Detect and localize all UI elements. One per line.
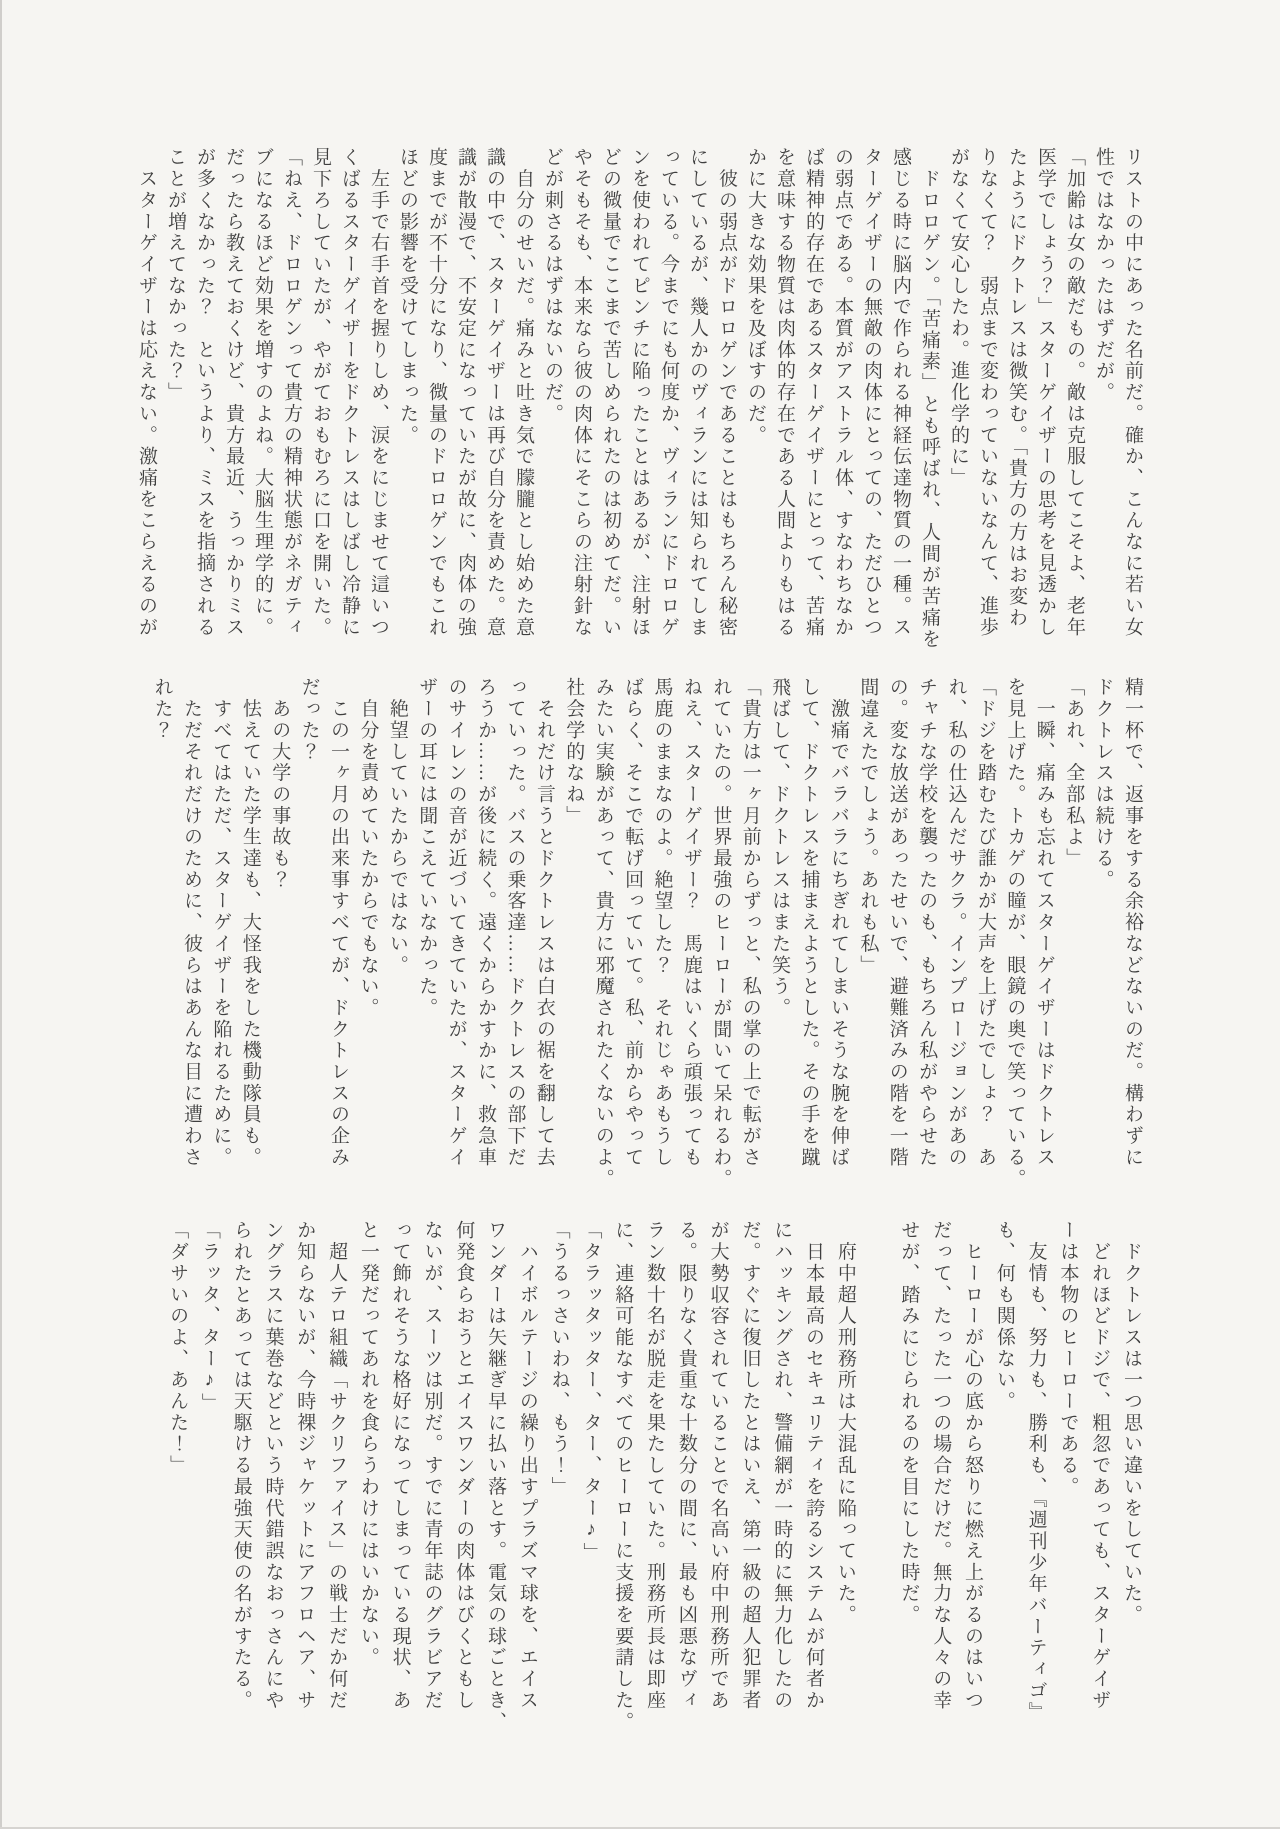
text-column: だったら教えておくけど、貴方最近、うっかりミス [219,147,248,647]
text-column: この一ヶ月の出来事すべてが、ドクトレスの企み [324,677,353,1177]
text-column: 府中超人刑務所は大混乱に陥っていた。 [829,1220,861,1720]
text-block-middle: 精一杯で、返事をする余裕などないのだ。構わずにドクトレスは続ける。「あれ、全部私… [147,677,1147,1177]
text-column: ワンダーは矢継ぎ早に払い落とす。電気の球ごとき、 [479,1220,511,1720]
text-column: ハイボルテージの繰り出すプラズマ球を、エイス [511,1220,543,1720]
text-column: っている。今までにも何度か、ヴィランにドロロゲ [654,147,683,647]
text-column: せが、踏みにじられるのを目にした時だ。 [893,1220,925,1720]
text-column: られたとあっては天駆ける最強天使の名がすたる。 [225,1220,257,1720]
text-column: りなくて？ 弱点まで変わっていないなんて、進歩 [973,147,1002,647]
text-column: それだけ言うとドクトレスは白衣の裾を翻して去 [529,677,558,1177]
text-column: 怯えていた学生達も、大怪我をした機動隊員も。 [235,677,264,1177]
text-column: の弱点である。本質がアストラル体、すなわちなか [828,147,857,647]
text-column: だった？ [294,677,323,1177]
text-column: みたい実験があって、貴方に邪魔されたくないのよ。 [588,677,617,1177]
text-column: ほどの影響を受けてしまった。 [393,147,422,647]
text-column: 識の中で、スターゲイザーは再び自分を責めた。意 [480,147,509,647]
text-column: 度までが不十分になり、微量のドロロゲンでもこれ [422,147,451,647]
text-column: を見上げた。トカゲの瞳が、眼鏡の奥で笑っている。 [1000,677,1029,1177]
text-column: 「貴方は一ヶ月前からずっと、私の掌の上で転がさ [735,677,764,1177]
text-column: がなくて安心したわ。進化学的に」 [944,147,973,647]
text-column: が大勢収容されていることで名高い府中刑務所であ [702,1220,734,1720]
text-column: 飛ばして、ドクトレスはまた笑う。 [765,677,794,1177]
text-column: くばるスターゲイザーをドクトレスはしばし冷静に [335,147,364,647]
text-column: ドクトレスは続ける。 [1088,677,1117,1177]
text-column: かに大きな効果を及ぼすのだ。 [741,147,770,647]
text-column: 超人テロ組織「サクリファイス」の戦士だか何だ [320,1220,352,1720]
text-column: あの大学の事故も？ [265,677,294,1177]
text-column [861,1220,893,1720]
text-column: 自分のせいだ。痛みと吐き気で朦朧とし始めた意 [509,147,538,647]
text-column: ば精神的存在であるスターゲイザーにとって、苦痛 [799,147,828,647]
text-column: と一発だってあれを食らうわけにはいかない。 [352,1220,384,1720]
text-column: 感じる時に脳内で作られる神経伝達物質の一種。ス [886,147,915,647]
text-column: ばらく、そこで転げ回っていて。私、前からやって [618,677,647,1177]
text-column: れた？ [147,677,176,1177]
text-column: が多くなかった？ というより、ミスを指摘される [190,147,219,647]
text-column: ねえ、スターゲイザー？ 馬鹿はいくら頑張っても [677,677,706,1177]
text-column: 自分を責めていたからでもない。 [353,677,382,1177]
text-column: れ、私の仕込んだサクラ。インプロージョンがあの [941,677,970,1177]
text-column: にしているが、幾人かのヴィランには知られてしま [683,147,712,647]
text-column: して、ドクトレスを捕まえようとした。その手を蹴 [794,677,823,1177]
text-column: チャチな学校を襲ったのも、もちろん私がやらせた [912,677,941,1177]
text-column: 一瞬、痛みも忘れてスターゲイザーはドクトレス [1029,677,1058,1177]
text-column: ろうか……が後に続く。遠くからかすかに、救急車 [471,677,500,1177]
text-column: 「ラッタ、ター♪」 [193,1220,225,1720]
text-column: 「うるっさいわね、もう！」 [543,1220,575,1720]
text-column: っていった。バスの乗客達……ドクトレスの部下だ [500,677,529,1177]
text-column: 彼の弱点がドロロゲンであることはもちろん秘密 [712,147,741,647]
text-column: ことが増えてなかった？」 [161,147,190,647]
text-column: か知らないが、今時裸ジャケットにアフロヘア、サ [288,1220,320,1720]
text-column: のサイレンの音が近づいてきていたが、スターゲイ [441,677,470,1177]
text-column: どの微量でここまで苦しめられたのは初めてだ。い [596,147,625,647]
text-column: 「タラッタッター、ター、ター♪」 [575,1220,607,1720]
text-column: ンを使われてピンチに陥ったことはあるが、注射ほ [625,147,654,647]
scan-edge-left [0,0,2,1829]
text-column: を意味する物質は肉体的存在である人間よりもはる [770,147,799,647]
text-column: ターゲイザーの無敵の肉体にとっての、ただひとつ [857,147,886,647]
text-column: 精一杯で、返事をする余裕などないのだ。構わずに [1118,677,1147,1177]
text-column: ブになるほど効果を増すのよね。大脳生理学的に。 [248,147,277,647]
text-column: すべてはただ、スターゲイザーを陥れるために。 [206,677,235,1177]
text-column: 医学でしょう？」スターゲイザーの思考を見透かし [1031,147,1060,647]
text-column: 「ドジを踏むたび誰かが大声を上げたでしょ？ あ [971,677,1000,1177]
text-column: 識が散漫で、不安定になっていたが故に、肉体の強 [451,147,480,647]
text-column: に、連絡可能なすべてのヒーローに支援を要請した。 [606,1220,638,1720]
text-column: って飾れそうな格好になってしまっている現状、あ [384,1220,416,1720]
text-column: 「加齢は女の敵だもの。敵は克服してこそよ、老年 [1060,147,1089,647]
text-block-bottom: ドクトレスは一つ思い違いをしていた。 どれほどドジで、粗忽であっても、スターゲイ… [161,1220,1147,1720]
text-column: れていたの。世界最強のヒーローが聞いて呆れるわ。 [706,677,735,1177]
text-column: ングラスに葉巻などという時代錯誤なおっさんにや [257,1220,289,1720]
text-column: ドクトレスは一つ思い違いをしていた。 [1115,1220,1147,1720]
text-column: 「あれ、全部私よ」 [1059,677,1088,1177]
text-column: どれほどドジで、粗忽であっても、スターゲイザ [1083,1220,1115,1720]
text-column: 性ではなかったはずだが。 [1089,147,1118,647]
text-column: ヒーローが心の底から怒りに燃え上がるのはいつ [956,1220,988,1720]
text-column: 友情も、努力も、勝利も、『週刊少年バーティゴ』 [1020,1220,1052,1720]
text-column: スターゲイザーは応えない。激痛をこらえるのが [132,147,161,647]
text-column: だって、たった一つの場合だけだ。無力な人々の幸 [924,1220,956,1720]
text-column: ーは本物のヒーローである。 [1052,1220,1084,1720]
scanned-page: リストの中にあった名前だ。確か、こんなに若い女性ではなかったはずだが。「加齢は女… [0,0,1280,1829]
text-column: の。変な放送があったせいで、避難済みの階を一階 [882,677,911,1177]
text-column: 激痛でバラバラにちぎれてしまいそうな腕を伸ば [824,677,853,1177]
text-column: ザーの耳には聞こえていなかった。 [412,677,441,1177]
text-column: 「ねえ、ドロロゲンって貴方の精神状態がネガティ [277,147,306,647]
text-column: 馬鹿のままなのよ。絶望した？ それじゃあもうし [647,677,676,1177]
text-column: にハッキングされ、警備網が一時的に無力化したの [765,1220,797,1720]
text-block-top: リストの中にあった名前だ。確か、こんなに若い女性ではなかったはずだが。「加齢は女… [132,147,1147,647]
text-column: ただそれだけのために、彼らはあんな目に遭わさ [177,677,206,1177]
text-column: リストの中にあった名前だ。確か、こんなに若い女 [1118,147,1147,647]
text-column: 間違えたでしょう。あれも私」 [853,677,882,1177]
text-column: ドロロゲン。「苦痛素」とも呼ばれ、人間が苦痛を [915,147,944,647]
text-column: る。限りなく貴重な十数分の間に、最も凶悪なヴィ [670,1220,702,1720]
text-column: ないが、スーツは別だ。すでに青年誌のグラビアだ [416,1220,448,1720]
text-column: 社会学的なね」 [559,677,588,1177]
text-column: だ。すぐに復旧したとはいえ、第一級の超人犯罪者 [734,1220,766,1720]
text-column: たようにドクトレスは微笑む。「貴方の方はお変わ [1002,147,1031,647]
text-column: 日本最高のセキュリティを誇るシステムが何者か [797,1220,829,1720]
text-column: どが刺さるはずはないのだ。 [538,147,567,647]
text-column: 左手で右手首を握りしめ、涙をにじませて這いつ [364,147,393,647]
text-column: 見下ろしていたが、やがておもむろに口を開いた。 [306,147,335,647]
text-column: も、何も関係ない。 [988,1220,1020,1720]
text-column: 何発食らおうとエイスワンダーの肉体はびくともし [447,1220,479,1720]
text-column: ラン数十名が脱走を果たしていた。刑務所長は即座 [638,1220,670,1720]
text-column: やそもそも、本来なら彼の肉体にそこらの注射針な [567,147,596,647]
text-column: 「ダサいのよ、あんた！」 [161,1220,193,1720]
text-column: 絶望していたからではない。 [382,677,411,1177]
